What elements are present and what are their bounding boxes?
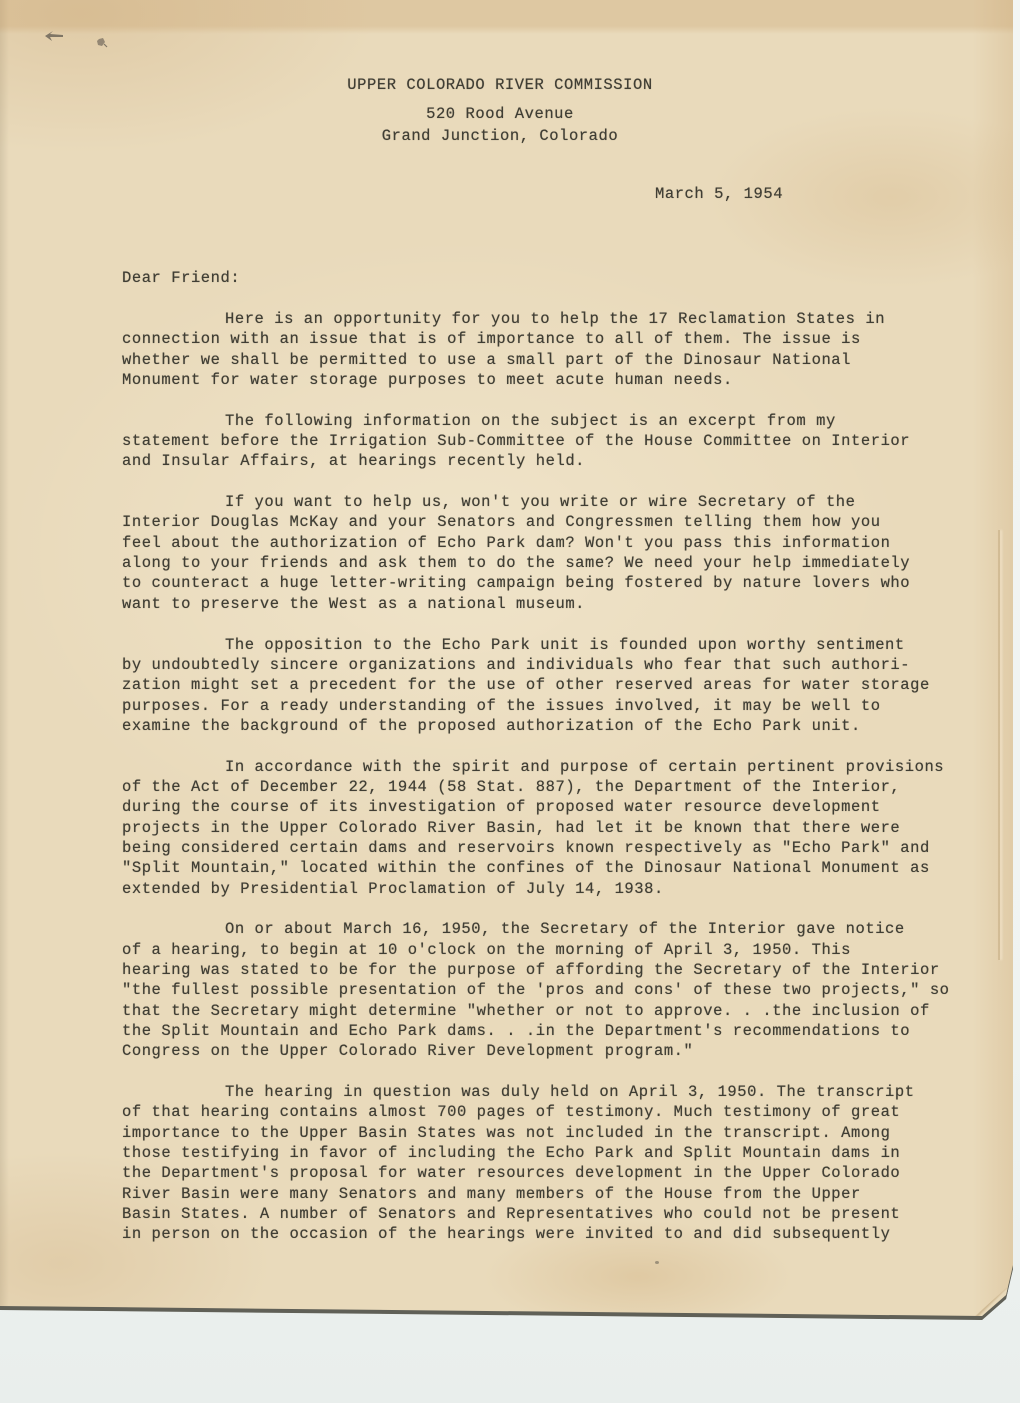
letter-paragraph: Here is an opportunity for you to help t…: [122, 309, 958, 390]
ink-speck: [655, 1261, 659, 1264]
letter-paragraph: If you want to help us, won't you write …: [122, 492, 958, 614]
letter-paragraph: On or about March 16, 1950, the Secretar…: [122, 919, 958, 1061]
scanned-letter-page: UPPER COLORADO RIVER COMMISSION 520 Rood…: [0, 0, 1020, 1403]
letter-paragraph: The following information on the subject…: [122, 411, 958, 472]
pencil-dot-mark: [95, 37, 108, 48]
paper-sheet: UPPER COLORADO RIVER COMMISSION 520 Rood…: [0, 0, 1013, 1316]
letter-paragraph: The hearing in question was duly held on…: [122, 1082, 958, 1245]
paper-surface: UPPER COLORADO RIVER COMMISSION 520 Rood…: [0, 0, 1013, 1316]
pencil-arrow-mark: [43, 29, 65, 44]
date-line: March 5, 1954: [655, 184, 783, 204]
letter-paragraph: The opposition to the Echo Park unit is …: [122, 635, 958, 737]
address-line-2: Grand Junction, Colorado: [0, 125, 1000, 147]
folded-corner: [975, 1282, 1013, 1316]
salutation: Dear Friend:: [122, 268, 240, 288]
organization-name: UPPER COLORADO RIVER COMMISSION: [0, 75, 1000, 96]
letter-paragraph: In accordance with the spirit and purpos…: [122, 757, 958, 899]
letter-body: Here is an opportunity for you to help t…: [122, 309, 958, 1265]
vertical-crease: [998, 530, 1000, 960]
letterhead: UPPER COLORADO RIVER COMMISSION 520 Rood…: [0, 75, 1000, 147]
address-line-1: 520 Rood Avenue: [0, 103, 1000, 125]
